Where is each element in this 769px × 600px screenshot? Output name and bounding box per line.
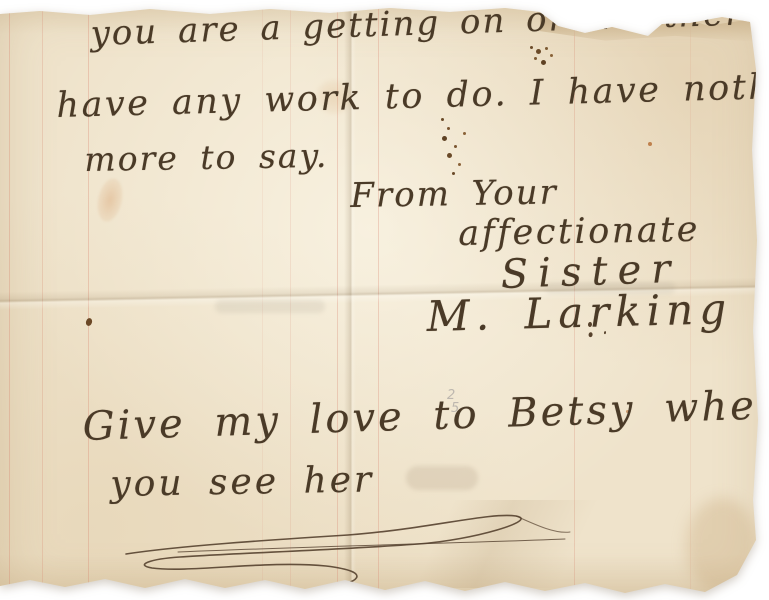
ink-blot [85,317,93,326]
signature-flourish [118,502,578,592]
closing-line-from-your: From Your [350,172,558,216]
ink-bleedthrough [215,300,325,313]
ink-smear [406,466,478,490]
pencil-mark: 5 [451,401,459,416]
postscript-line-2: you see her [110,459,375,505]
handwritten-line-2: have any work to do. I have nothing [56,66,769,126]
handwritten-line-1: you are a getting on or whether you [90,0,769,54]
ink-speck-cluster [441,118,444,121]
age-stain [686,498,758,594]
scanned-letter-page: you are a getting on or whether you have… [0,0,769,600]
handwritten-line-3: more to say. [84,136,329,179]
postscript-line-1: Give my love to Betsy when [82,382,769,450]
age-smudge [94,176,127,224]
paper-sheet: you are a getting on or whether you have… [0,0,769,600]
ink-speck-cluster [530,46,533,49]
signature-name: M. Larking [426,284,733,341]
rust-spot [648,142,652,146]
letter-paper: you are a getting on or whether you have… [0,0,769,600]
